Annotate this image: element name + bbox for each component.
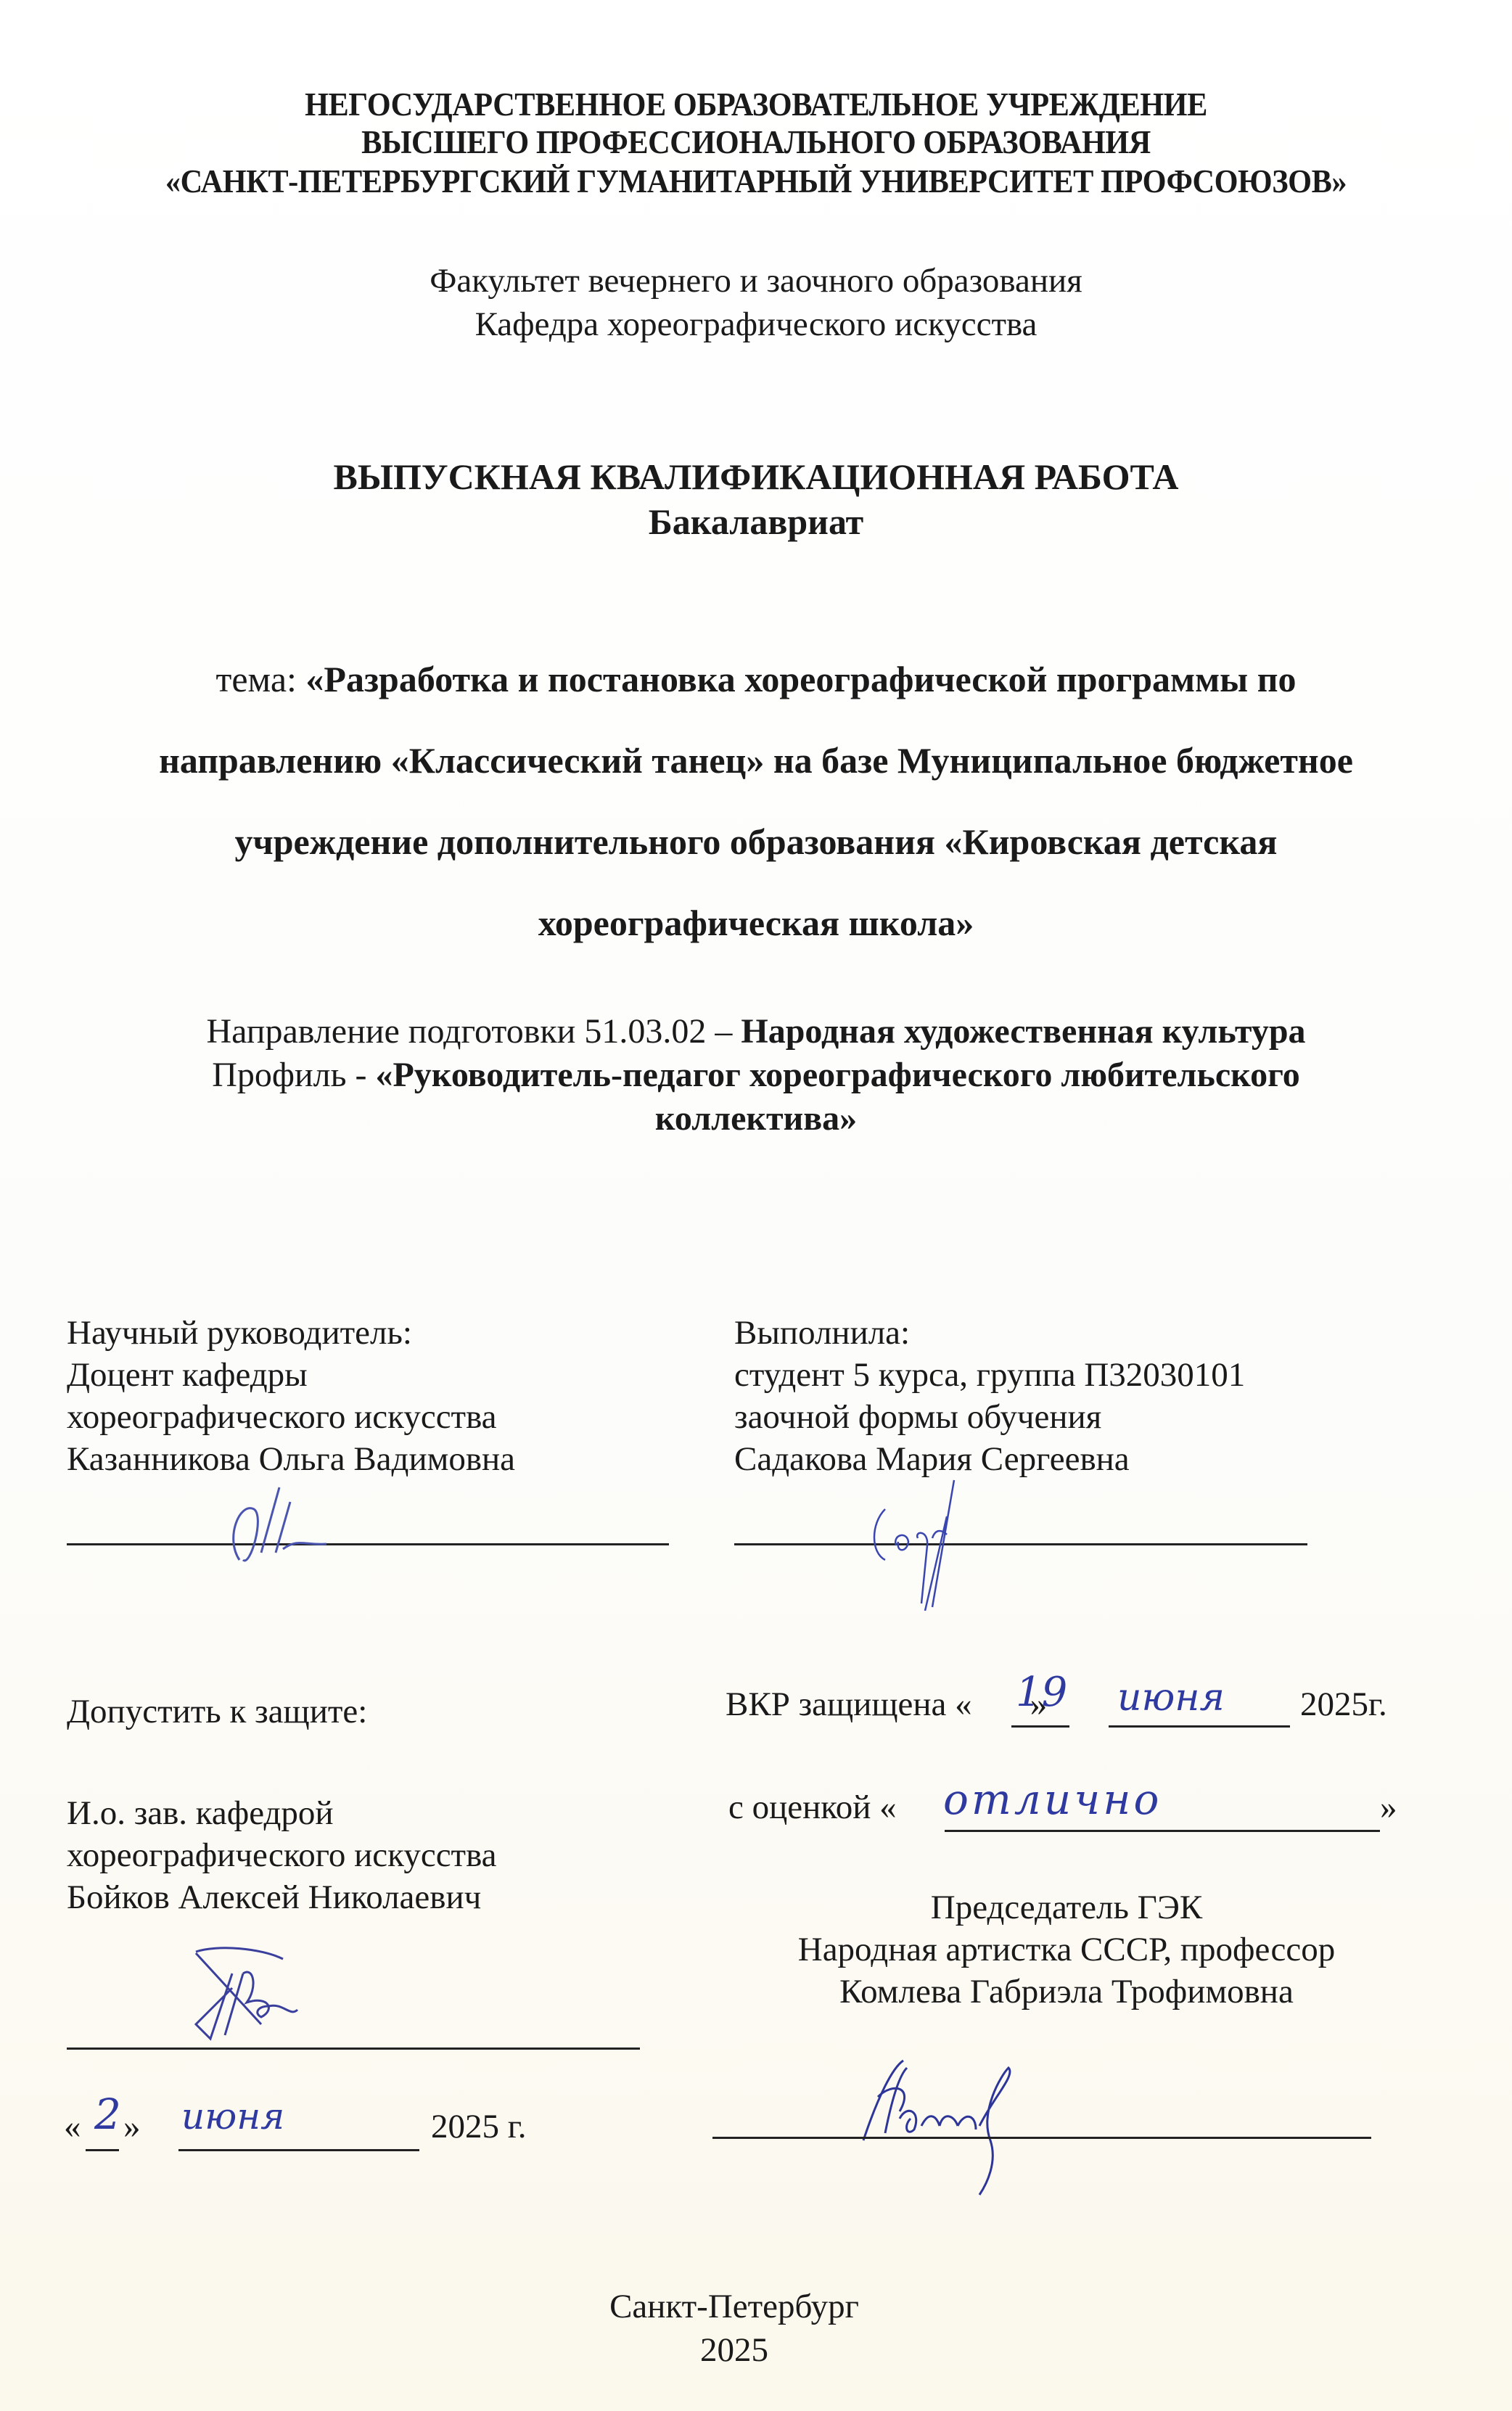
admission-heading: Допустить к защите: (67, 1691, 367, 1733)
topic-text-3: учреждение дополнительного образования «… (235, 821, 1278, 862)
student-study-form: заочной формы обучения (734, 1396, 1245, 1438)
supervisor-signature (210, 1480, 356, 1574)
commission-name: Комлева Габриэла Трофимовна (711, 1971, 1422, 2013)
defense-year: 2025г. (1300, 1683, 1387, 1725)
supervisor-position-1: Доцент кафедры (67, 1354, 515, 1396)
admission-date-day: 2 (94, 2090, 121, 2139)
defense-month: июня (1117, 1676, 1225, 1720)
defense-day-line (1011, 1725, 1069, 1728)
profile-value-2: коллектива» (655, 1099, 857, 1138)
admission-day-line (86, 2149, 119, 2151)
commission-title: Председатель ГЭК (711, 1886, 1422, 1929)
admission-date-month: июня (181, 2095, 284, 2137)
head-name: Бойков Алексей Николаевич (67, 1876, 497, 1918)
defense-label: ВКР защищена « (726, 1685, 972, 1723)
topic-line-4: хореографическая школа» (0, 882, 1512, 964)
commission-signature-line (712, 2137, 1371, 2139)
student-block: Выполнила: студент 5 курса, группа П3203… (734, 1312, 1245, 1480)
direction-line: Направление подготовки 51.03.02 – Народн… (0, 1010, 1512, 1053)
commission-rank: Народная артистка СССР, профессор (711, 1929, 1422, 1971)
defense-month-line (1109, 1725, 1290, 1728)
head-position-1: И.о. зав. кафедрой (67, 1792, 497, 1834)
supervisor-position-2: хореографического искусства (67, 1396, 515, 1438)
topic-prefix: тема: (215, 659, 296, 699)
topic-line-3: учреждение дополнительного образования «… (0, 801, 1512, 882)
footer-year: 2025 (0, 2329, 1490, 2371)
head-position-2: хореографического искусства (67, 1834, 497, 1876)
defense-date-line: ВКР защищена «» (726, 1683, 1047, 1725)
head-of-department-block: И.о. зав. кафедрой хореографического иск… (67, 1792, 497, 1918)
topic-line-1: тема: «Разработка и постановка хореограф… (0, 638, 1512, 720)
grade-close-quote: » (1380, 1786, 1397, 1828)
student-signature-line (734, 1543, 1307, 1545)
supervisor-signature-line (67, 1543, 669, 1545)
degree-level: Бакалавриат (0, 501, 1512, 543)
admission-date-year: 2025 г. (431, 2106, 526, 2148)
profile-label: Профиль - (212, 1056, 366, 1094)
commission-block: Председатель ГЭК Народная артистка СССР,… (711, 1886, 1422, 2013)
grade-label: с оценкой « (728, 1786, 897, 1828)
profile-value-1: «Руководитель-педагог хореографического … (375, 1056, 1299, 1094)
institution-line-1: НЕГОСУДАРСТВЕННОЕ ОБРАЗОВАТЕЛЬНОЕ УЧРЕЖД… (60, 86, 1451, 123)
supervisor-name: Казанникова Ольга Вадимовна (67, 1438, 515, 1480)
supervisor-heading: Научный руководитель: (67, 1312, 515, 1354)
grade-line (945, 1830, 1380, 1832)
profile-line-2: коллектива» (0, 1097, 1512, 1141)
institution-line-3: «САНКТ-ПЕТЕРБУРГСКИЙ ГУМАНИТАРНЫЙ УНИВЕР… (60, 163, 1451, 200)
student-heading: Выполнила: (734, 1312, 1245, 1354)
supervisor-block: Научный руководитель: Доцент кафедры хор… (67, 1312, 515, 1480)
head-signature-line (67, 2047, 640, 2050)
city: Санкт-Петербург (0, 2285, 1490, 2328)
student-course-group: студент 5 курса, группа П32030101 (734, 1354, 1245, 1396)
student-signature (863, 1466, 994, 1611)
admission-month-line (178, 2149, 419, 2151)
department-name: Кафедра хореографического искусства (0, 303, 1512, 345)
commission-signature (834, 2053, 1023, 2198)
faculty-name: Факультет вечернего и заочного образован… (0, 260, 1512, 302)
work-type-title: ВЫПУСКНАЯ КВАЛИФИКАЦИОННАЯ РАБОТА (0, 456, 1512, 498)
admission-date-open: « (64, 2106, 81, 2148)
topic-text-4: хореографическая школа» (538, 903, 974, 943)
profile-line: Профиль - «Руководитель-педагог хореогра… (0, 1053, 1512, 1097)
topic-text-1: «Разработка и постановка хореографическо… (305, 659, 1296, 699)
admission-date-close: » (123, 2106, 141, 2148)
topic-line-2: направлению «Классический танец» на базе… (0, 720, 1512, 801)
head-signature (174, 1944, 348, 2046)
direction-label: Направление подготовки 51.03.02 – (206, 1012, 732, 1051)
institution-line-2: ВЫСШЕГО ПРОФЕССИОНАЛЬНОГО ОБРАЗОВАНИЯ (60, 123, 1451, 161)
topic-text-2: направлению «Классический танец» на базе… (159, 740, 1353, 781)
grade-value: отлично (943, 1775, 1162, 1824)
defense-day: 19 (1016, 1669, 1067, 1716)
thesis-title-page: НЕГОСУДАРСТВЕННОЕ ОБРАЗОВАТЕЛЬНОЕ УЧРЕЖД… (0, 0, 1512, 2411)
direction-value: Народная художественная культура (741, 1012, 1305, 1051)
